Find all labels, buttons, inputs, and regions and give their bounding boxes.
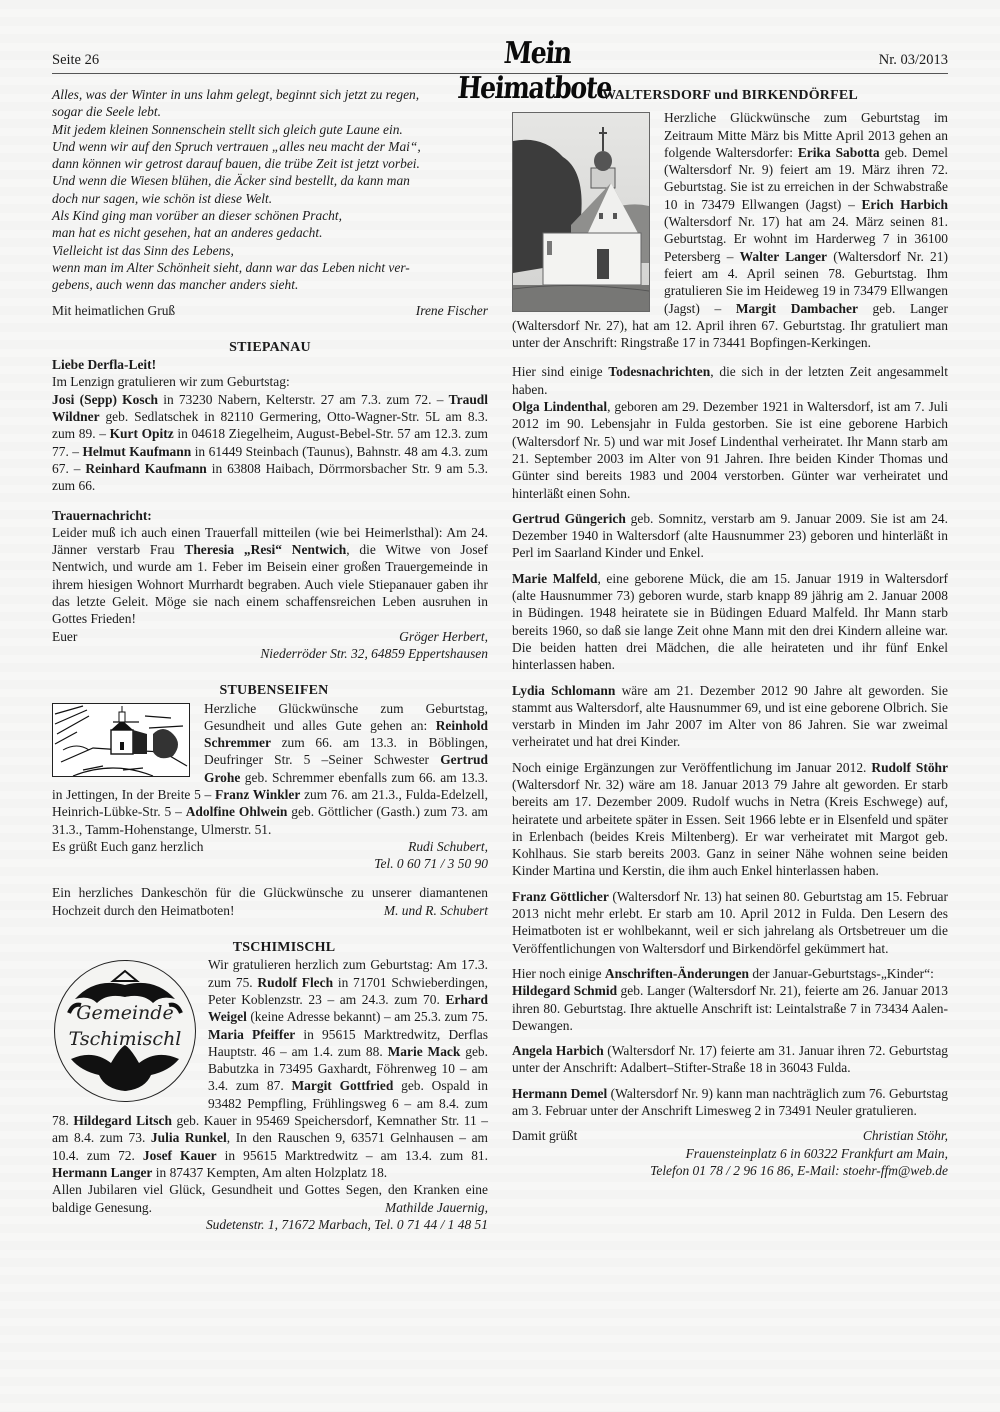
person-name: Anschriften-Änderungen xyxy=(605,966,749,981)
person-name: Franz Winkler xyxy=(215,787,300,802)
section-heading-waltersdorf: WALTERSDORF und BIRKENDÖRFEL xyxy=(512,87,948,104)
tschimischl-block: Gemeinde Tschimischl Wir gratulieren her… xyxy=(52,956,488,1181)
poem-line: doch nur sagen, wie schön ist diese Welt… xyxy=(52,190,488,207)
text-segment: in 73230 Nabern, Kelterstr. 27 am 7.3. z… xyxy=(158,392,449,407)
stubenseifen-closing: Es grüßt Euch ganz herzlich xyxy=(52,838,204,855)
waltersdorf-closing: Damit grüßt xyxy=(512,1127,577,1144)
obituary-marie-malfeld: Marie Malfeld, eine geborene Mück, die a… xyxy=(512,570,948,674)
poem-line: gebens, auch wenn das mancher anders sie… xyxy=(52,276,488,293)
left-column: Alles, was der Winter in uns lahm gelegt… xyxy=(52,86,488,1233)
text-segment: , geboren am 29. Dezember 1921 in Walter… xyxy=(512,399,948,500)
person-name: Hildegard Schmid xyxy=(512,983,617,998)
text-segment: (keine Adresse bekannt) – am 25.3. zum 7… xyxy=(247,1009,488,1024)
poem-closing: Mit heimatlichen Gruß xyxy=(52,302,175,319)
poem-line: Und wenn wir auf den Spruch vertrauen „a… xyxy=(52,138,488,155)
thanks-author: M. und R. Schubert xyxy=(384,902,488,919)
stiepanau-closing: Euer xyxy=(52,628,77,645)
person-name: Helmut Kaufmann xyxy=(82,444,191,459)
obituary-rudolf-stoehr: Noch einige Ergänzungen zur Veröffentlic… xyxy=(512,759,948,880)
person-name: Reinhard Kaufmann xyxy=(85,461,206,476)
church-sketch-image xyxy=(52,703,190,777)
person-name: Hermann Langer xyxy=(52,1165,152,1180)
right-column: WALTERSDORF und BIRKENDÖRFEL xyxy=(512,86,948,1179)
stiepanau-address: Niederröder Str. 32, 64859 Eppertshausen xyxy=(52,645,488,662)
seal-line-2: Tschimischl xyxy=(55,1031,195,1048)
text-segment: Noch einige Ergänzungen zur Veröffentlic… xyxy=(512,760,871,775)
stiepanau-salutation: Liebe Derfla-Leit! xyxy=(52,356,488,373)
tschimischl-author: Mathilde Jauernig, xyxy=(385,1199,488,1216)
address-change-hermann-demel: Hermann Demel (Waltersdorf Nr. 9) kann m… xyxy=(512,1085,948,1120)
person-name: Walter Langer xyxy=(740,249,827,264)
text-segment: in 87437 Kempten, Am alten Holzplatz 18. xyxy=(152,1165,387,1180)
person-name: Josef Kauer xyxy=(143,1148,217,1163)
thanks-note: Ein herzliches Dankeschön für die Glückw… xyxy=(52,884,488,919)
issue-number: Nr. 03/2013 xyxy=(879,52,948,69)
tschimischl-address: Sudetenstr. 1, 71672 Marbach, Tel. 0 71 … xyxy=(52,1216,488,1233)
poem-line: Vielleicht ist das Sinn des Lebens, xyxy=(52,242,488,259)
text-segment: der Januar-Geburtstags-„Kinder“: xyxy=(749,966,934,981)
text-segment: in 95615 Marktredwitz – am 13.4. zum 81. xyxy=(217,1148,488,1163)
address-change-angela-harbich: Angela Harbich (Waltersdorf Nr. 17) feie… xyxy=(512,1042,948,1077)
person-name: Adolfine Ohlwein xyxy=(186,804,288,819)
section-heading-stiepanau: STIEPANAU xyxy=(52,339,488,356)
person-name: Josi (Sepp) Kosch xyxy=(52,392,158,407)
stubenseifen-phone: Tel. 0 60 71 / 3 50 90 xyxy=(52,855,488,872)
address-change-hildegard-schmid: Hildegard Schmid geb. Langer (Waltersdor… xyxy=(512,982,948,1034)
waltersdorf-address: Frauensteinplatz 6 in 60322 Frankfurt am… xyxy=(512,1145,948,1162)
mourning-heading: Trauernachricht: xyxy=(52,507,488,524)
stiepanau-signature: Euer Gröger Herbert, xyxy=(52,628,488,645)
person-name: Rudolf Stöhr xyxy=(871,760,948,775)
poem-line: Als Kind ging man vorüber an dieser schö… xyxy=(52,207,488,224)
obituary-franz-goettlicher: Franz Göttlicher (Waltersdorf Nr. 13) ha… xyxy=(512,888,948,957)
page-number: Seite 26 xyxy=(52,52,99,69)
person-name: Marie Malfeld xyxy=(512,571,597,586)
person-name: Rudolf Flech xyxy=(257,975,333,990)
stubenseifen-block: Herzliche Glückwünsche zum Geburtstag, G… xyxy=(52,700,488,838)
person-name: Theresia „Resi“ Nentwich xyxy=(184,542,346,557)
person-name: Hermann Demel xyxy=(512,1086,607,1101)
poem-author: Irene Fischer xyxy=(416,302,488,319)
obituary-gertrud-guengerich: Gertrud Güngerich geb. Somnitz, verstarb… xyxy=(512,510,948,562)
stiepanau-intro: Im Lenzign gratulieren wir zum Geburtsta… xyxy=(52,373,488,390)
person-name: Lydia Schlomann xyxy=(512,683,615,698)
seal-line-1: Gemeinde xyxy=(55,1005,195,1022)
person-name: Margit Dambacher xyxy=(736,301,858,316)
waltersdorf-birthdays-block: Herzliche Glückwünsche zum Geburtstag im… xyxy=(512,109,948,351)
waltersdorf-signature: Damit grüßt Christian Stöhr, xyxy=(512,1127,948,1144)
person-name: Franz Göttlicher xyxy=(512,889,609,904)
text-segment: (Waltersdorf Nr. 32) wäre am 18. Januar … xyxy=(512,777,948,878)
person-name: Kurt Opitz xyxy=(110,426,174,441)
person-name: Julia Runkel xyxy=(151,1130,227,1145)
waltersdorf-author: Christian Stöhr, xyxy=(863,1127,948,1144)
person-name: Erich Harbich xyxy=(861,197,948,212)
poem-line: wenn man im Alter Schönheit sieht, dann … xyxy=(52,259,488,276)
stiepanau-author: Gröger Herbert, xyxy=(399,628,488,645)
mourning-notice: Leider muß ich auch einen Trauerfall mit… xyxy=(52,524,488,628)
person-name: Hildegard Litsch xyxy=(73,1113,172,1128)
poem-line: sogar die Seele lebt. xyxy=(52,103,488,120)
text-segment: Hier sind einige xyxy=(512,364,608,379)
section-heading-stubenseifen: STUBENSEIFEN xyxy=(52,682,488,699)
poem-line: man hat es nicht gesehen, hat an anderes… xyxy=(52,224,488,241)
person-name: Maria Pfeiffer xyxy=(208,1027,295,1042)
stiepanau-birthdays: Josi (Sepp) Kosch in 73230 Nabern, Kelte… xyxy=(52,391,488,495)
person-name: Marie Mack xyxy=(388,1044,461,1059)
obituary-lydia-schlomann: Lydia Schlomann wäre am 21. Dezember 201… xyxy=(512,682,948,751)
poem-line: Alles, was der Winter in uns lahm gelegt… xyxy=(52,86,488,103)
deaths-intro: Hier sind einige Todesnachrichten, die s… xyxy=(512,363,948,398)
person-name: Erika Sabotta xyxy=(798,145,880,160)
page-header: Seite 26 Mein Heimatbote Nr. 03/2013 xyxy=(52,44,948,74)
person-name: Olga Lindenthal xyxy=(512,399,607,414)
section-heading-tschimischl: TSCHIMISCHL xyxy=(52,939,488,956)
poem-signature: Mit heimatlichen Gruß Irene Fischer xyxy=(52,302,488,319)
chapel-photo-icon xyxy=(513,113,649,311)
obituary-olga-lindenthal: Olga Lindenthal, geboren am 29. Dezember… xyxy=(512,398,948,502)
tschimischl-wishes: Allen Jubilaren viel Glück, Gesundheit u… xyxy=(52,1181,488,1216)
church-sketch-icon xyxy=(53,704,189,776)
person-name: Todesnachrichten xyxy=(608,364,710,379)
person-name: Margit Gottfried xyxy=(291,1078,393,1093)
text-segment: Hier noch einige xyxy=(512,966,605,981)
poem-line: Mit jedem kleinen Sonnenschein stellt si… xyxy=(52,121,488,138)
waltersdorf-contact: Telefon 01 78 / 2 96 16 86, E-Mail: stoe… xyxy=(512,1162,948,1179)
poem-line: dann können wir getrost darauf bauen, di… xyxy=(52,155,488,172)
person-name: Gertrud Güngerich xyxy=(512,511,626,526)
address-changes-intro: Hier noch einige Anschriften-Änderungen … xyxy=(512,965,948,982)
chapel-photo xyxy=(512,112,650,312)
stubenseifen-signature: Es grüßt Euch ganz herzlich Rudi Schuber… xyxy=(52,838,488,855)
poem-line: Und wenn die Wiesen blühen, die Äcker si… xyxy=(52,172,488,189)
tschimischl-seal-image: Gemeinde Tschimischl xyxy=(54,960,196,1102)
person-name: Angela Harbich xyxy=(512,1043,604,1058)
spring-poem: Alles, was der Winter in uns lahm gelegt… xyxy=(52,86,488,294)
stubenseifen-author: Rudi Schubert, xyxy=(408,838,488,855)
